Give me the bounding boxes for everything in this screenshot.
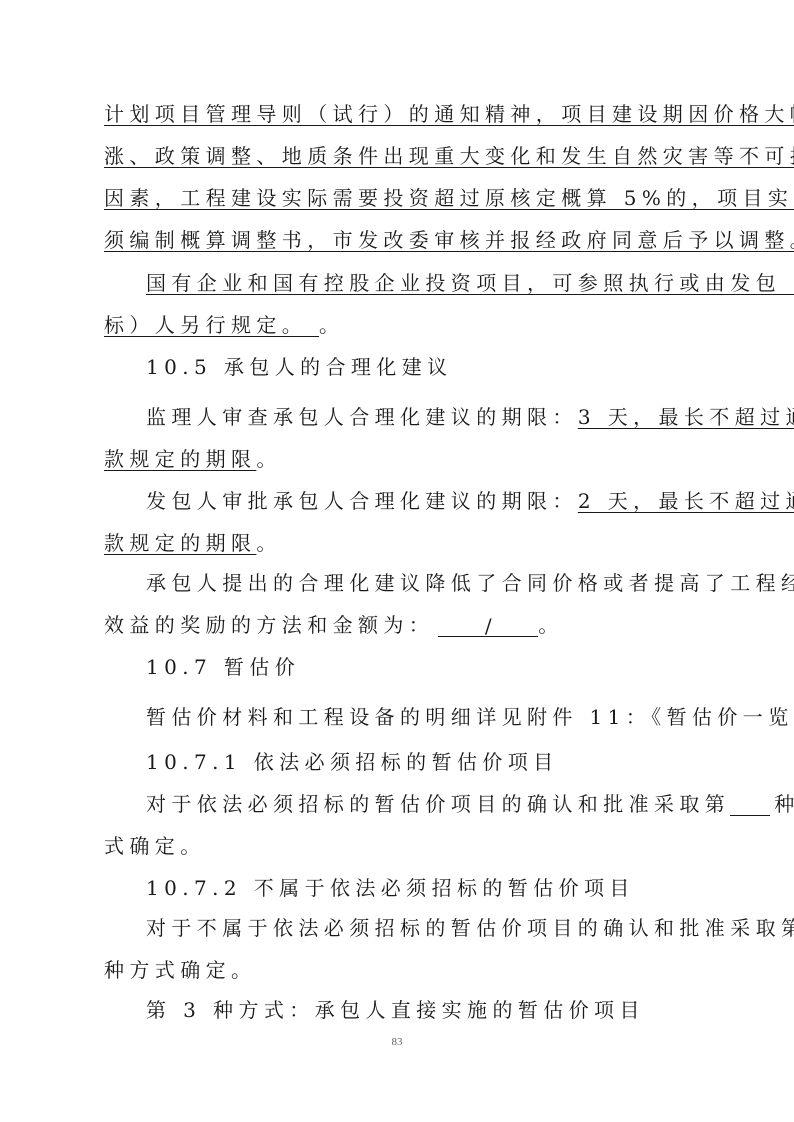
field-value: 2 天，最长不超过通用条 <box>578 489 794 513</box>
section-heading: 10.7 暂估价 <box>146 655 300 679</box>
paragraph-text: 对于依法必须招标的暂估价项目的确认和批准采取第 <box>146 792 730 816</box>
fill-in-blank <box>730 793 770 816</box>
fill-in-blank: / <box>438 614 538 637</box>
field-value: 款规定的期限 <box>104 531 256 555</box>
paragraph-line: 种方式确定。 <box>104 958 256 982</box>
punctuation: 。 <box>256 447 281 471</box>
paragraph-line: 承包人提出的合理化建议降低了合同价格或者提高了工程经济 <box>146 571 794 595</box>
punctuation: 。 <box>256 531 281 555</box>
page-number: 83 <box>0 1036 794 1048</box>
section-heading: 10.5 承包人的合理化建议 <box>146 355 453 379</box>
field-value: 3 天，最长不超过通用条 <box>578 405 794 429</box>
punctuation: 。 <box>538 613 563 637</box>
paragraph-line: 须编制概算调整书，市发改委审核并报经政府同意后予以调整。 <box>104 228 794 252</box>
paragraph-line: 国有企业和国有控股企业投资项目，可参照执行或由发包（招 <box>146 271 794 295</box>
paragraph-line: 效益的奖励的方法和金额为：/。 <box>104 613 564 637</box>
paragraph-line: 对于依法必须招标的暂估价项目的确认和批准采取第种方 <box>146 792 794 816</box>
paragraph-line: 发包人审批承包人合理化建议的期限：2 天，最长不超过通用条 <box>146 489 794 513</box>
section-heading: 第 3 种方式：承包人直接实施的暂估价项目 <box>146 998 645 1022</box>
paragraph-line: 暂估价材料和工程设备的明细详见附件 11：《暂估价一览表》。 <box>146 705 794 729</box>
field-value: 款规定的期限 <box>104 447 256 471</box>
field-label: 效益的奖励的方法和金额为： <box>104 613 434 637</box>
paragraph-line: 计划项目管理导则（试行）的通知精神，项目建设期因价格大幅上 <box>104 102 794 126</box>
paragraph-line: 监理人审查承包人合理化建议的期限：3 天，最长不超过通用条 <box>146 405 794 429</box>
field-label: 发包人审批承包人合理化建议的期限： <box>146 489 578 513</box>
section-heading: 10.7.1 依法必须招标的暂估价项目 <box>146 750 559 774</box>
paragraph-line: 标）人另行规定。 。 <box>104 313 344 337</box>
paragraph-line: 款规定的期限。 <box>104 531 282 555</box>
paragraph-line: 因素，工程建设实际需要投资超过原核定概算 5%的，项目实施单位 <box>104 186 794 210</box>
paragraph-line: 涨、政策调整、地质条件出现重大变化和发生自然灾害等不可抗力 <box>104 144 794 168</box>
field-label: 监理人审查承包人合理化建议的期限： <box>146 405 578 429</box>
paragraph-line: 款规定的期限。 <box>104 447 282 471</box>
paragraph-text: 对于不属于依法必须招标的暂估价项目的确认和批准采取第 <box>146 916 794 940</box>
section-heading: 10.7.2 不属于依法必须招标的暂估价项目 <box>146 876 635 900</box>
paragraph-text: 种方 <box>774 792 794 816</box>
paragraph-line: 对于不属于依法必须招标的暂估价项目的确认和批准采取第 <box>146 916 794 940</box>
underlined-text: 标）人另行规定。 <box>104 313 319 337</box>
paragraph-line: 式确定。 <box>104 834 206 858</box>
punctuation: 。 <box>319 313 344 337</box>
